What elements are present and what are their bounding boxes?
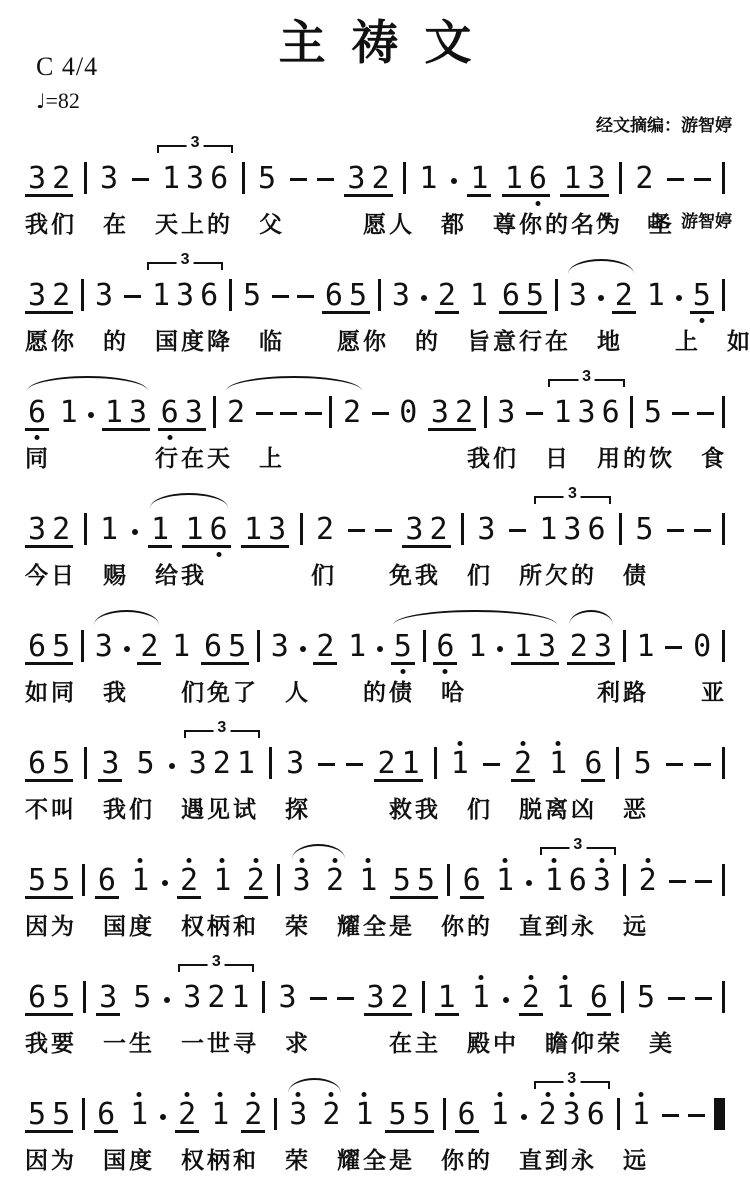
note-digit: 1 <box>467 281 491 311</box>
slur-arc <box>288 1078 341 1093</box>
note-digit: 5 <box>225 632 249 662</box>
note-group: 6 <box>95 866 119 899</box>
notes-row: 5561212321556116332 <box>25 840 725 904</box>
note-digit: 2 <box>374 749 398 779</box>
note-digit: 6 <box>499 281 523 311</box>
note-digit: 2 <box>636 866 660 896</box>
note-digit: 1 <box>234 749 258 779</box>
duration-dash <box>669 880 686 883</box>
note-digit: 3 <box>183 164 207 194</box>
triplet-number: 3 <box>177 252 194 268</box>
slur-arc <box>292 844 345 859</box>
lyrics-line: 同 行在天 上 我们 日 用的饮 食 <box>25 440 725 473</box>
note-digit: 5 <box>390 866 414 896</box>
note-group: 3 <box>97 164 121 194</box>
note-digit: 1 <box>560 164 584 194</box>
duration-dash <box>317 178 334 181</box>
barline <box>555 279 558 311</box>
barline <box>722 162 725 194</box>
note-digit: 2 <box>612 281 636 311</box>
note-group: 2 <box>244 866 268 899</box>
note-group: 3 <box>268 632 292 662</box>
note-group: 1 <box>128 866 152 896</box>
note-digit: 3 <box>428 398 452 428</box>
note-digit: 3 <box>389 281 413 311</box>
music-line: 32313635321116132我们 在 天上的 父 愿人 都 尊你的名为 圣 <box>25 138 725 255</box>
note-digit: 0 <box>690 632 714 662</box>
augmentation-dot <box>169 763 175 769</box>
note-group: 23 <box>567 632 615 665</box>
barline <box>621 981 624 1013</box>
note-digit: 1 <box>399 749 423 779</box>
note-digit: 3 <box>180 983 204 1013</box>
note-digit: 2 <box>244 866 268 896</box>
note-digit: 2 <box>426 515 450 545</box>
note-digit: 3 <box>186 749 210 779</box>
notes-row: 61136322032313635 <box>25 372 725 436</box>
notes-row: 3231363565321653215 <box>25 255 725 319</box>
slur-arc <box>226 376 362 391</box>
augmentation-dot <box>88 412 94 418</box>
duration-dash <box>375 529 392 532</box>
note-group: 1 <box>469 983 493 1013</box>
note-digit: 5 <box>130 983 154 1013</box>
augmentation-dot <box>164 997 170 1003</box>
lyrics-line: 因为 国度 权柄和 荣 耀全是 你的 直到永 远 <box>25 908 725 941</box>
note-group: 32 <box>25 515 73 548</box>
note-digit: 1 <box>148 515 172 545</box>
note-digit: 2 <box>49 515 73 545</box>
sheet-music-page: 主祷文 经文摘编：游智婷 作 曲：游智婷 C 4/4 ♩=82 32313635… <box>0 0 750 1200</box>
barline <box>329 396 332 428</box>
note-group: 65 <box>25 749 73 782</box>
note-digit: 3 <box>560 1100 584 1130</box>
note-digit: 1 <box>536 515 560 545</box>
note-digit: 1 <box>448 749 472 779</box>
duration-dash <box>665 646 682 649</box>
augmentation-dot <box>377 646 383 652</box>
note-digit: 3 <box>92 632 116 662</box>
note-digit: 5 <box>49 1100 73 1130</box>
duration-dash <box>372 412 389 415</box>
note-digit: 3 <box>25 164 49 194</box>
tempo-value: =82 <box>45 88 79 113</box>
triplet-number: 3 <box>564 486 581 502</box>
note-digit: 1 <box>97 515 121 545</box>
note-group: 1 <box>546 749 570 779</box>
note-digit: 3 <box>494 398 518 428</box>
note-digit: 6 <box>322 281 346 311</box>
note-group: 32 <box>344 164 392 197</box>
note-digit: 6 <box>158 398 182 428</box>
note-group: 1363 <box>149 281 221 311</box>
note-group: 1 <box>210 866 234 896</box>
triplet-number: 3 <box>569 837 586 853</box>
note-group: 65 <box>25 983 73 1016</box>
duration-dash <box>695 880 712 883</box>
note-group: 1 <box>467 281 491 311</box>
note-digit: 1 <box>210 866 234 896</box>
note-digit: 3 <box>566 281 590 311</box>
music-line: 32111613232313635今日 赐 给我 们 免我 们 所欠的 债 <box>25 489 725 606</box>
note-digit: 1 <box>57 398 81 428</box>
note-digit: 1 <box>553 983 577 1013</box>
note-digit: 5 <box>523 281 547 311</box>
duration-dash <box>310 997 327 1000</box>
note-digit: 6 <box>201 632 225 662</box>
note-group: 1 <box>493 866 517 896</box>
note-group: 1 <box>208 1100 232 1130</box>
note-digit: 5 <box>255 164 279 194</box>
barline <box>422 981 425 1013</box>
barline <box>623 864 626 896</box>
note-group: 65 <box>25 632 73 665</box>
note-group: 6 <box>25 398 49 431</box>
note-digit: 3 <box>575 398 599 428</box>
note-group: 32 <box>402 515 450 548</box>
barline <box>378 279 381 311</box>
note-group: 5 <box>634 983 658 1013</box>
note-group: 1 <box>488 1100 512 1130</box>
note-group: 3 <box>290 866 314 896</box>
note-digit: 3 <box>590 866 614 896</box>
note-group: 65 <box>322 281 370 314</box>
barline <box>84 162 87 194</box>
note-group: 21 <box>374 749 422 782</box>
barline <box>619 162 622 194</box>
note-digit: 3 <box>25 515 49 545</box>
augmentation-dot <box>124 646 130 652</box>
barline <box>484 396 487 428</box>
slur-arc <box>568 259 634 274</box>
note-digit: 3 <box>275 983 299 1013</box>
duration-dash <box>694 763 711 766</box>
barline <box>84 747 87 779</box>
music-line: 5561212321556123631因为 国度 权柄和 荣 耀全是 你的 直到… <box>25 1074 725 1191</box>
note-digit: 1 <box>228 983 252 1013</box>
note-digit: 5 <box>346 281 370 311</box>
note-group: 1 <box>356 866 380 896</box>
note-digit: 5 <box>240 281 264 311</box>
note-group: 55 <box>385 1100 433 1133</box>
note-group: 1 <box>644 281 668 311</box>
note-digit: 1 <box>465 632 489 662</box>
note-group: 2 <box>519 983 543 1016</box>
note-digit: 3 <box>402 515 426 545</box>
barline <box>269 747 272 779</box>
final-barline <box>714 1098 725 1130</box>
note-digit: 3 <box>535 632 559 662</box>
note-group: 6 <box>581 749 605 782</box>
notes-row: 32111613232313635 <box>25 489 725 553</box>
note-group: 2 <box>435 281 459 314</box>
note-group: 5 <box>690 281 714 314</box>
barline <box>630 396 633 428</box>
barline <box>616 747 619 779</box>
note-group: 2 <box>632 164 656 194</box>
triplet-number: 3 <box>578 369 595 385</box>
note-digit: 1 <box>629 1100 653 1130</box>
note-digit: 6 <box>587 983 611 1013</box>
duration-dash <box>256 412 273 415</box>
barline <box>300 513 303 545</box>
note-digit: 3 <box>364 983 388 1013</box>
duration-dash <box>337 997 354 1000</box>
note-digit: 2 <box>567 632 591 662</box>
note-digit: 1 <box>469 983 493 1013</box>
note-group: 2 <box>241 1100 265 1133</box>
duration-dash <box>346 763 363 766</box>
tempo-marking: ♩=82 <box>36 88 98 114</box>
note-group: 1 <box>57 398 81 428</box>
note-digit: 6 <box>566 866 590 896</box>
duration-dash <box>348 529 365 532</box>
note-digit: 3 <box>344 164 368 194</box>
notes-row: 5561212321556123631 <box>25 1074 725 1138</box>
note-group: 1363 <box>159 164 231 194</box>
barline <box>722 981 725 1013</box>
note-digit: 6 <box>25 749 49 779</box>
note-group: 65 <box>499 281 547 314</box>
note-digit: 2 <box>210 749 234 779</box>
duration-dash <box>688 1114 705 1117</box>
note-group: 5 <box>240 281 264 311</box>
note-digit: 2 <box>175 1100 199 1130</box>
duration-dash <box>667 178 684 181</box>
barline <box>722 630 725 662</box>
note-group: 13 <box>241 515 289 548</box>
note-digit: 3 <box>98 749 122 779</box>
note-digit: 1 <box>169 632 193 662</box>
note-digit: 3 <box>286 1100 310 1130</box>
duration-dash <box>124 295 141 298</box>
note-group: 2 <box>323 866 347 896</box>
duration-dash <box>280 412 297 415</box>
note-digit: 2 <box>204 983 228 1013</box>
note-digit: 1 <box>546 749 570 779</box>
augmentation-dot <box>676 295 682 301</box>
note-digit: 2 <box>452 398 476 428</box>
augmentation-dot <box>421 295 427 301</box>
note-digit: 2 <box>511 749 535 779</box>
note-digit: 0 <box>396 398 420 428</box>
note-group: 3213 <box>180 983 252 1013</box>
note-group: 2 <box>313 515 337 545</box>
note-group: 1363 <box>550 398 622 428</box>
note-group: 16 <box>182 515 230 548</box>
note-digit: 3 <box>283 749 307 779</box>
note-group: 55 <box>25 866 73 899</box>
note-digit: 2 <box>313 515 337 545</box>
slur-arc <box>27 376 148 391</box>
note-group: 1 <box>352 1100 376 1130</box>
duration-dash <box>672 412 689 415</box>
note-group: 5 <box>631 749 655 779</box>
note-digit: 5 <box>631 749 655 779</box>
note-digit: 1 <box>149 281 173 311</box>
note-digit: 3 <box>92 281 116 311</box>
note-digit: 1 <box>345 632 369 662</box>
note-group: 1363 <box>536 515 608 545</box>
note-digit: 1 <box>356 866 380 896</box>
note-digit: 1 <box>511 632 535 662</box>
note-group: 63 <box>158 398 206 431</box>
note-digit: 6 <box>25 632 49 662</box>
note-digit: 3 <box>182 398 206 428</box>
note-group: 6 <box>94 1100 118 1133</box>
note-digit: 1 <box>102 398 126 428</box>
meta-block: C 4/4 ♩=82 <box>36 52 98 114</box>
note-group: 5 <box>130 983 154 1013</box>
key-time-signature: C 4/4 <box>36 52 98 82</box>
note-digit: 1 <box>127 1100 151 1130</box>
note-digit: 2 <box>323 866 347 896</box>
note-group: 32 <box>428 398 476 431</box>
note-group: 55 <box>25 1100 73 1133</box>
lyrics-line: 我们 在 天上的 父 愿人 都 尊你的名为 圣 <box>25 206 725 239</box>
note-digit: 5 <box>414 866 438 896</box>
note-digit: 5 <box>25 866 49 896</box>
note-digit: 2 <box>313 632 337 662</box>
barline <box>403 162 406 194</box>
note-group: 3 <box>92 632 116 662</box>
note-digit: 2 <box>319 1100 343 1130</box>
note-digit: 6 <box>526 164 550 194</box>
note-group: 1 <box>97 515 121 545</box>
music-line: 65353213332112165我要 一生 一世寻 求 在主 殿中 瞻仰荣 美 <box>25 957 725 1074</box>
note-group: 13 <box>560 164 608 197</box>
duration-dash <box>483 763 500 766</box>
barline <box>434 747 437 779</box>
note-digit: 1 <box>416 164 440 194</box>
note-digit: 3 <box>474 515 498 545</box>
note-digit: 5 <box>641 398 665 428</box>
duration-dash <box>668 997 685 1000</box>
augmentation-dot <box>132 529 138 535</box>
slur-arc <box>569 610 613 625</box>
note-digit: 2 <box>536 1100 560 1130</box>
note-group: 1633 <box>542 866 614 896</box>
lyrics-line: 如同 我 们免了 人 的债 哈 利路 亚 <box>25 674 725 707</box>
duration-dash <box>297 295 314 298</box>
music-line: 6532165321561132310如同 我 们免了 人 的债 哈 利路 亚 <box>25 606 725 723</box>
note-group: 0 <box>690 632 714 662</box>
lyrics-line: 愿你 的 国度降 临 愿你 的 旨意行在 地 上 如 <box>25 323 725 356</box>
lyrics-line: 我要 一生 一世寻 求 在主 殿中 瞻仰荣 美 <box>25 1025 725 1058</box>
note-digit: 1 <box>488 1100 512 1130</box>
note-group: 3 <box>494 398 518 428</box>
note-digit: 1 <box>502 164 526 194</box>
note-group: 1 <box>448 749 472 779</box>
note-digit: 1 <box>241 515 265 545</box>
note-group: 1 <box>169 632 193 662</box>
note-digit: 2 <box>632 164 656 194</box>
barline <box>722 747 725 779</box>
note-digit: 5 <box>632 515 656 545</box>
slur-arc <box>393 610 557 625</box>
duration-dash <box>667 529 684 532</box>
notation-area: 32313635321116132我们 在 天上的 父 愿人 都 尊你的名为 圣… <box>25 138 725 1191</box>
note-digit: 3 <box>290 866 314 896</box>
note-group: 32 <box>25 281 73 314</box>
barline <box>213 396 216 428</box>
barline <box>257 630 260 662</box>
note-group: 65 <box>201 632 249 665</box>
duration-dash <box>132 178 149 181</box>
note-digit: 6 <box>433 632 457 662</box>
augmentation-dot <box>160 1114 166 1120</box>
note-digit: 1 <box>542 866 566 896</box>
barline <box>447 864 450 896</box>
note-digit: 3 <box>265 515 289 545</box>
lyrics-line: 今日 赐 给我 们 免我 们 所欠的 债 <box>25 557 725 590</box>
barline <box>423 630 426 662</box>
note-digit: 1 <box>208 1100 232 1130</box>
duration-dash <box>526 412 543 415</box>
note-digit: 3 <box>268 632 292 662</box>
notes-row: 6535321332112165 <box>25 723 725 787</box>
note-digit: 6 <box>95 866 119 896</box>
lyrics-line: 因为 国度 权柄和 荣 耀全是 你的 直到永 远 <box>25 1142 725 1175</box>
note-digit: 6 <box>197 281 221 311</box>
duration-dash <box>305 412 322 415</box>
note-group: 3 <box>474 515 498 545</box>
barline <box>84 513 87 545</box>
note-digit: 6 <box>581 749 605 779</box>
note-group: 1 <box>629 1100 653 1130</box>
slur-arc <box>94 610 159 625</box>
note-digit: 1 <box>467 164 491 194</box>
barline <box>81 279 84 311</box>
barline <box>242 162 245 194</box>
music-line: 61136322032313635同 行在天 上 我们 日 用的饮 食 <box>25 372 725 489</box>
note-group: 1 <box>127 1100 151 1130</box>
note-group: 1 <box>148 515 172 548</box>
barline <box>81 630 84 662</box>
barline <box>262 981 265 1013</box>
note-digit: 3 <box>96 983 120 1013</box>
note-digit: 2 <box>388 983 412 1013</box>
barline <box>229 279 232 311</box>
note-digit: 3 <box>584 164 608 194</box>
barline <box>461 513 464 545</box>
note-group: 32 <box>25 164 73 197</box>
note-digit: 6 <box>584 515 608 545</box>
notes-row: 6532165321561132310 <box>25 606 725 670</box>
barline <box>623 630 626 662</box>
barline <box>82 864 85 896</box>
barline <box>277 864 280 896</box>
augmentation-dot <box>497 646 503 652</box>
note-group: 2 <box>175 1100 199 1133</box>
duration-dash <box>290 178 307 181</box>
augmentation-dot <box>162 880 168 886</box>
note-group: 2 <box>340 398 364 428</box>
note-group: 13 <box>102 398 150 431</box>
note-group: 32 <box>364 983 412 1016</box>
note-digit: 1 <box>493 866 517 896</box>
duration-dash <box>662 1114 679 1117</box>
triplet-number: 3 <box>563 1071 580 1087</box>
note-group: 6 <box>460 866 484 899</box>
note-group: 5 <box>133 749 157 779</box>
note-digit: 6 <box>455 1100 479 1130</box>
note-group: 1 <box>467 164 491 197</box>
note-digit: 5 <box>385 1100 409 1130</box>
barline <box>722 513 725 545</box>
augmentation-dot <box>521 1114 527 1120</box>
note-group: 2 <box>511 749 535 782</box>
